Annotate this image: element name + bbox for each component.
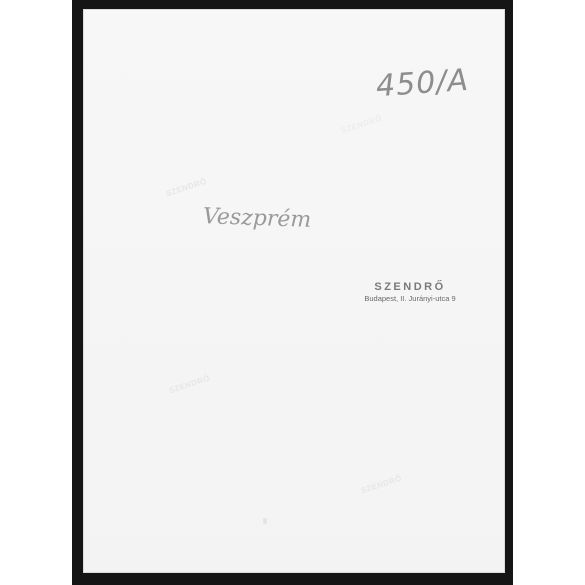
stamp-name: SZENDRŐ [340, 280, 480, 294]
handwritten-catalog-number: 450/A [375, 63, 470, 104]
stamp-address: Budapest, II. Jurányi-utca 9 [340, 294, 480, 304]
paper-smudge [263, 518, 267, 524]
photographer-stamp: SZENDRŐ Budapest, II. Jurányi-utca 9 [340, 280, 480, 304]
handwritten-place-name: Veszprém [203, 204, 312, 233]
